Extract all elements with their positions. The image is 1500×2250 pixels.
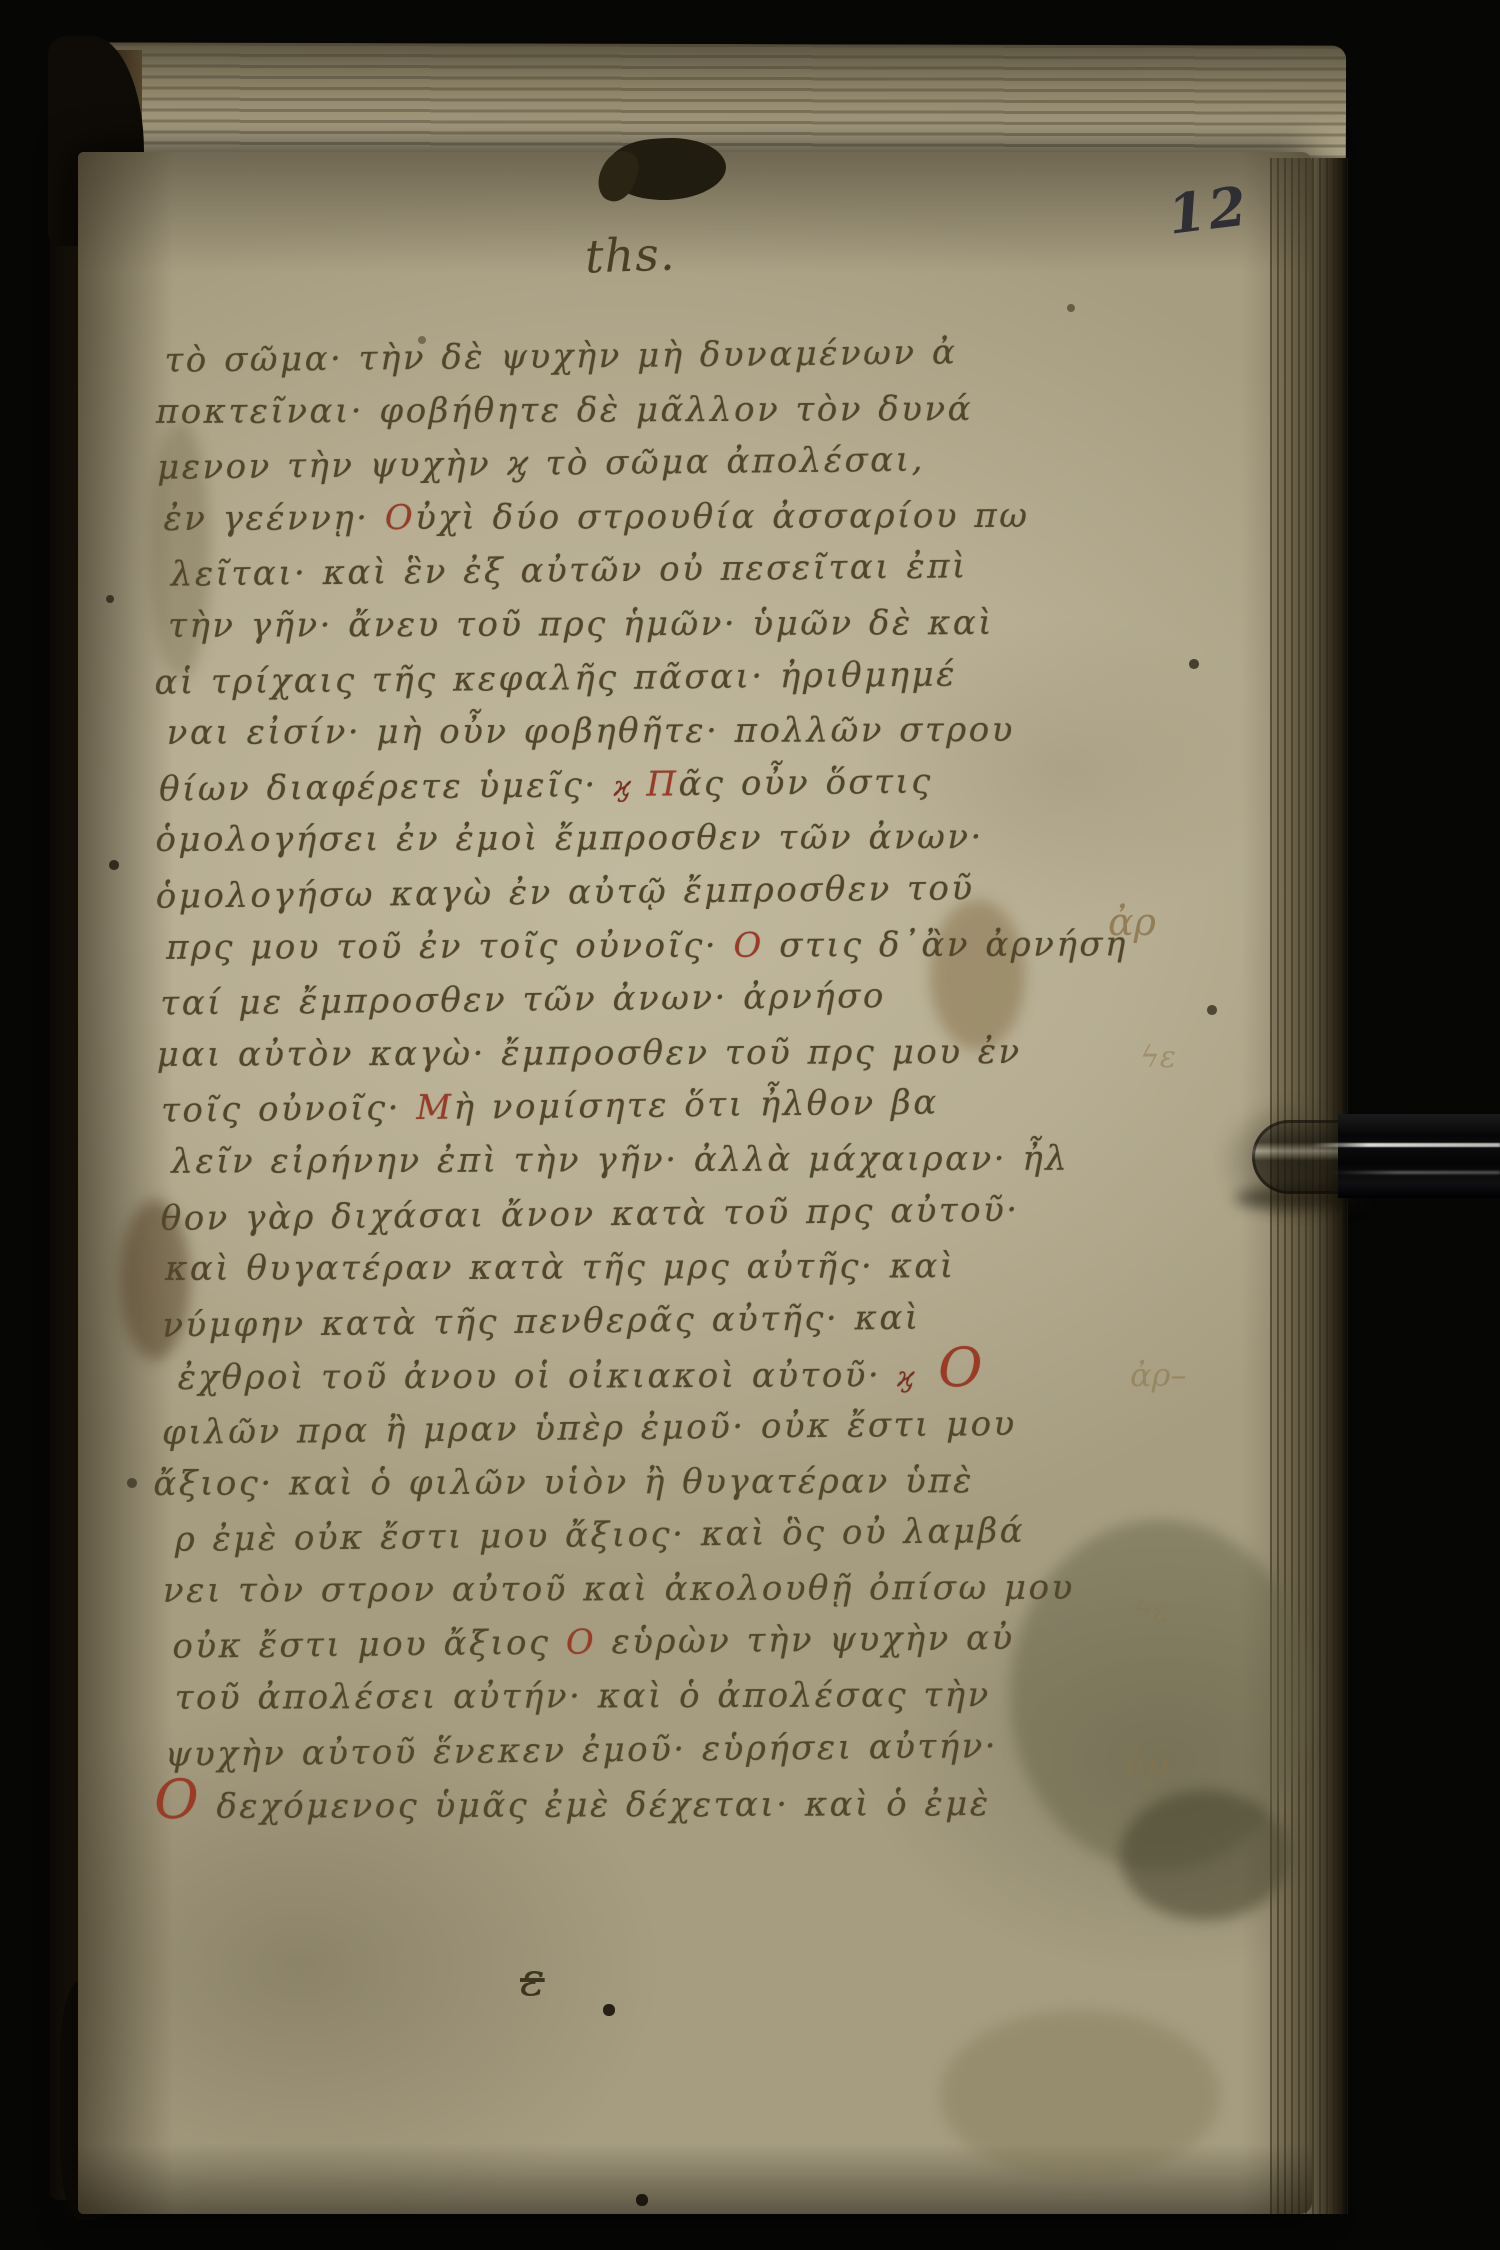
text-line: ὁμολογήσω καγὼ ἐν αὐτῷ ἔμπροσθεν τοῦ [156, 868, 975, 917]
greek-text: μαι αὐτὸν καγὼ· ἔμπροσθεν τοῦ πρς μου ἐν [157, 1032, 1022, 1075]
stain [940, 2010, 1220, 2180]
text-line: μενον τὴν ψυχὴν ϗ τὸ σῶμα ἀπολέσαι, [157, 440, 925, 488]
text-line: φιλῶν πρα ἢ μραν ὑπὲρ ἐμοῦ· οὐκ ἔστι μου [162, 1404, 1017, 1453]
text-line: οὐκ ἔστι μου ἄξιος Ο εὑρὼν τὴν ψυχὴν αὐ [172, 1618, 1015, 1667]
greek-text: θον γὰρ διχάσαι ἄνον κατὰ τοῦ πρς αὐτοῦ· [161, 1190, 1020, 1239]
text-line: νει τὸν στρον αὐτοῦ καὶ ἀκολουθῇ ὀπίσω μ… [163, 1568, 1075, 1611]
greek-text: νύμφην κατὰ τῆς πενθερᾶς αὐτῆς· καὶ [162, 1298, 921, 1346]
text-line: ταί με ἔμπροσθεν τῶν ἀνων· ἀρνήσο [160, 976, 886, 1024]
greek-text: ρ ἐμὲ οὐκ ἔστι μου ἄξιος· καὶ ὃς οὐ λαμβ… [174, 1511, 1025, 1560]
text-line: μαι αὐτὸν καγὼ· ἔμπροσθεν τοῦ πρς μου ἐν [157, 1032, 1022, 1075]
header-abbreviation-mark: ths. [584, 226, 676, 283]
glass-rod-tip [1252, 1120, 1352, 1194]
greek-text: στις δ᾽ἂν ἀρνήση [764, 924, 1128, 965]
greek-text: ὐχὶ δύο στρουθία ἀσσαρίου πω [415, 496, 1029, 538]
margin-note: ἀρ [1108, 900, 1156, 944]
text-line: ψυχὴν αὐτοῦ ἕνεκεν ἐμοῦ· εὑρήσει αὐτήν· [165, 1726, 998, 1775]
greek-text: λεῖν εἰρήνην ἐπὶ τὴν γῆν· ἀλλὰ μάχαιραν·… [171, 1139, 1069, 1182]
greek-text: ἄξιος· καὶ ὁ φιλῶν υἱὸν ἢ θυγατέραν ὑπὲ [153, 1461, 974, 1504]
greek-text: ᾶς οὖν ὅστις [678, 762, 933, 805]
greek-text: μενον τὴν ψυχὴν ϗ τὸ σῶμα ἀπολέσαι, [157, 440, 925, 488]
text-line: θον γὰρ διχάσαι ἄνον κατὰ τοῦ πρς αὐτοῦ· [161, 1190, 1020, 1239]
rubric-initial: Ο [385, 498, 416, 538]
greek-text: δεχόμενος ὑμᾶς ἐμὲ δέχεται· καὶ ὁ ἐμὲ [201, 1784, 991, 1827]
glass-rod-highlight [1330, 1171, 1500, 1174]
quire-signature: ε [520, 1952, 545, 2006]
rubric-initial-large: Ο [154, 1768, 201, 1831]
greek-text: λεῖται· καὶ ἓν ἐξ αὐτῶν οὐ πεσεῖται ἐπὶ [171, 546, 968, 594]
text-line: νύμφην κατὰ τῆς πενθερᾶς αὐτῆς· καὶ [162, 1298, 921, 1346]
text-line: ὁμολογήσει ἐν ἐμοὶ ἔμπροσθεν τῶν ἀνων· [155, 817, 984, 860]
text-line: ρ ἐμὲ οὐκ ἔστι μου ἄξιος· καὶ ὃς οὐ λαμβ… [174, 1511, 1025, 1560]
margin-note: ἀρ [1125, 1744, 1168, 1784]
greek-text: τὸ σῶμα· τὴν δὲ ψυχὴν μὴ δυναμένων ἀ [164, 332, 957, 380]
rubric-initial: Ο [566, 1622, 597, 1662]
text-line: τὴν γῆν· ἄνευ τοῦ πρς ἡμῶν· ὑμῶν δὲ καὶ [168, 603, 994, 646]
lection-mark: ϗ [896, 1360, 916, 1393]
text-line: τὸ σῶμα· τὴν δὲ ψυχὴν μὴ δυναμένων ἀ [164, 332, 957, 380]
greek-text: ψυχὴν αὐτοῦ ἕνεκεν ἐμοῦ· εὑρήσει αὐτήν· [165, 1726, 998, 1775]
text-line: θίων διαφέρετε ὑμεῖς· ϗ Πᾶς οὖν ὅστις [159, 762, 933, 810]
text-line: πρς μου τοῦ ἐν τοῖς οὐνοῖς· Ο στις δ᾽ἂν … [166, 924, 1128, 967]
greek-text: αἱ τρίχαις τῆς κεφαλῆς πᾶσαι· ἠριθμημέ [154, 654, 957, 702]
greek-text: θίων διαφέρετε ὑμεῖς· [159, 765, 613, 810]
greek-text: καὶ θυγατέραν κατὰ τῆς μρς αὐτῆς· καὶ [165, 1246, 956, 1289]
greek-text: οὐκ ἔστι μου ἄξιος [172, 1623, 566, 1667]
greek-text: ναι εἰσίν· μὴ οὖν φοβηθῆτε· πολλῶν στρου [167, 710, 1015, 753]
manuscript-photo: ths. 12 τὸ σῶμα· τὴν δὲ ψυχὴν μὴ δυναμέν… [0, 0, 1500, 2250]
rubric-initial-large: Ο [916, 1336, 985, 1399]
text-line: ναι εἰσίν· μὴ οὖν φοβηθῆτε· πολλῶν στρου [167, 710, 1015, 753]
dirt-specks [0, 0, 4, 4]
rubric-initial: Π [646, 764, 679, 804]
text-line: καὶ θυγατέραν κατὰ τῆς μρς αὐτῆς· καὶ [165, 1246, 956, 1289]
text-line: αἱ τρίχαις τῆς κεφαλῆς πᾶσαι· ἠριθμημέ [154, 654, 957, 702]
glass-rod-highlight [1312, 1143, 1500, 1147]
greek-text: ποκτεῖναι· φοβήθητε δὲ μᾶλλον τὸν δυνά [156, 389, 973, 432]
text-line: τοῦ ἀπολέσει αὐτήν· καὶ ὁ ἀπολέσας τὴν [175, 1675, 991, 1718]
greek-text: εὑρὼν τὴν ψυχὴν αὐ [596, 1618, 1015, 1662]
greek-text: ἐχθροὶ τοῦ ἀνου οἱ οἰκιακοὶ αὐτοῦ· [178, 1355, 897, 1398]
greek-text: ταί με ἔμπροσθεν τῶν ἀνων· ἀρνήσο [160, 976, 886, 1024]
greek-text: τὴν γῆν· ἄνευ τοῦ πρς ἡμῶν· ὑμῶν δὲ καὶ [168, 603, 994, 646]
margin-note: ϟε [1133, 1594, 1169, 1629]
text-line: Ο δεχόμενος ὑμᾶς ἐμὲ δέχεται· καὶ ὁ ἐμὲ [154, 1782, 990, 1827]
text-line: ἄξιος· καὶ ὁ φιλῶν υἱὸν ἢ θυγατέραν ὑπὲ [153, 1461, 974, 1504]
text-line: λεῖν εἰρήνην ἐπὶ τὴν γῆν· ἀλλὰ μάχαιραν·… [171, 1139, 1069, 1182]
text-line: ἐχθροὶ τοῦ ἀνου οἱ οἰκιακοὶ αὐτοῦ· ϗ Ο [178, 1353, 985, 1398]
rubric-initial: Μ [416, 1088, 454, 1128]
text-line: ποκτεῖναι· φοβήθητε δὲ μᾶλλον τὸν δυνά [156, 389, 973, 432]
folio-number: 12 [1164, 173, 1252, 246]
text-line: ἐν γεέννῃ· Οὐχὶ δύο στρουθία ἀσσαρίου πω [163, 496, 1029, 539]
greek-text: φιλῶν πρα ἢ μραν ὑπὲρ ἐμοῦ· οὐκ ἔστι μου [162, 1404, 1017, 1453]
margin-note: ϟε [1140, 1040, 1176, 1075]
text-block: τὸ σῶμα· τὴν δὲ ψυχὴν μὴ δυναμένων ἀποκτ… [145, 333, 1154, 1859]
rubric-initial: Ο [733, 926, 764, 966]
greek-text: ὁμολογήσει ἐν ἐμοὶ ἔμπροσθεν τῶν ἀνων· [155, 817, 984, 860]
greek-text: ὴ νομίσητε ὅτι ἦλθον βα [453, 1083, 938, 1128]
greek-text: ἐν γεέννῃ· [163, 498, 384, 539]
lection-mark: ϗ [613, 770, 647, 803]
glass-rod [1338, 1114, 1500, 1198]
margin-note: ἀρ– [1130, 1356, 1186, 1394]
greek-text: τοῖς οὐνοῖς· [161, 1088, 417, 1131]
greek-text: ὁμολογήσω καγὼ ἐν αὐτῷ ἔμπροσθεν τοῦ [156, 868, 975, 917]
text-line: λεῖται· καὶ ἓν ἐξ αὐτῶν οὐ πεσεῖται ἐπὶ [171, 546, 968, 594]
greek-text: τοῦ ἀπολέσει αὐτήν· καὶ ὁ ἀπολέσας τὴν [175, 1675, 991, 1718]
greek-text: νει τὸν στρον αὐτοῦ καὶ ἀκολουθῇ ὀπίσω μ… [163, 1568, 1075, 1611]
greek-text: πρς μου τοῦ ἐν τοῖς οὐνοῖς· [166, 926, 734, 968]
text-line: τοῖς οὐνοῖς· Μὴ νομίσητε ὅτι ἦλθον βα [161, 1083, 939, 1131]
